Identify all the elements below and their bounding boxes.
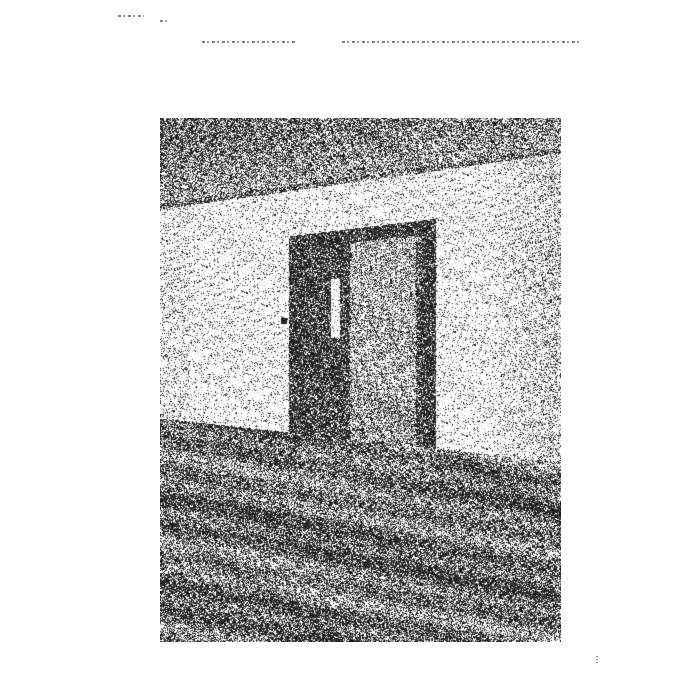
header-mark-top-left	[118, 15, 144, 17]
header-mark-small	[160, 20, 167, 22]
running-header-left	[202, 41, 296, 43]
interior-doorway-photo	[160, 118, 561, 642]
page-mark	[596, 656, 598, 664]
running-header-right	[342, 41, 582, 43]
